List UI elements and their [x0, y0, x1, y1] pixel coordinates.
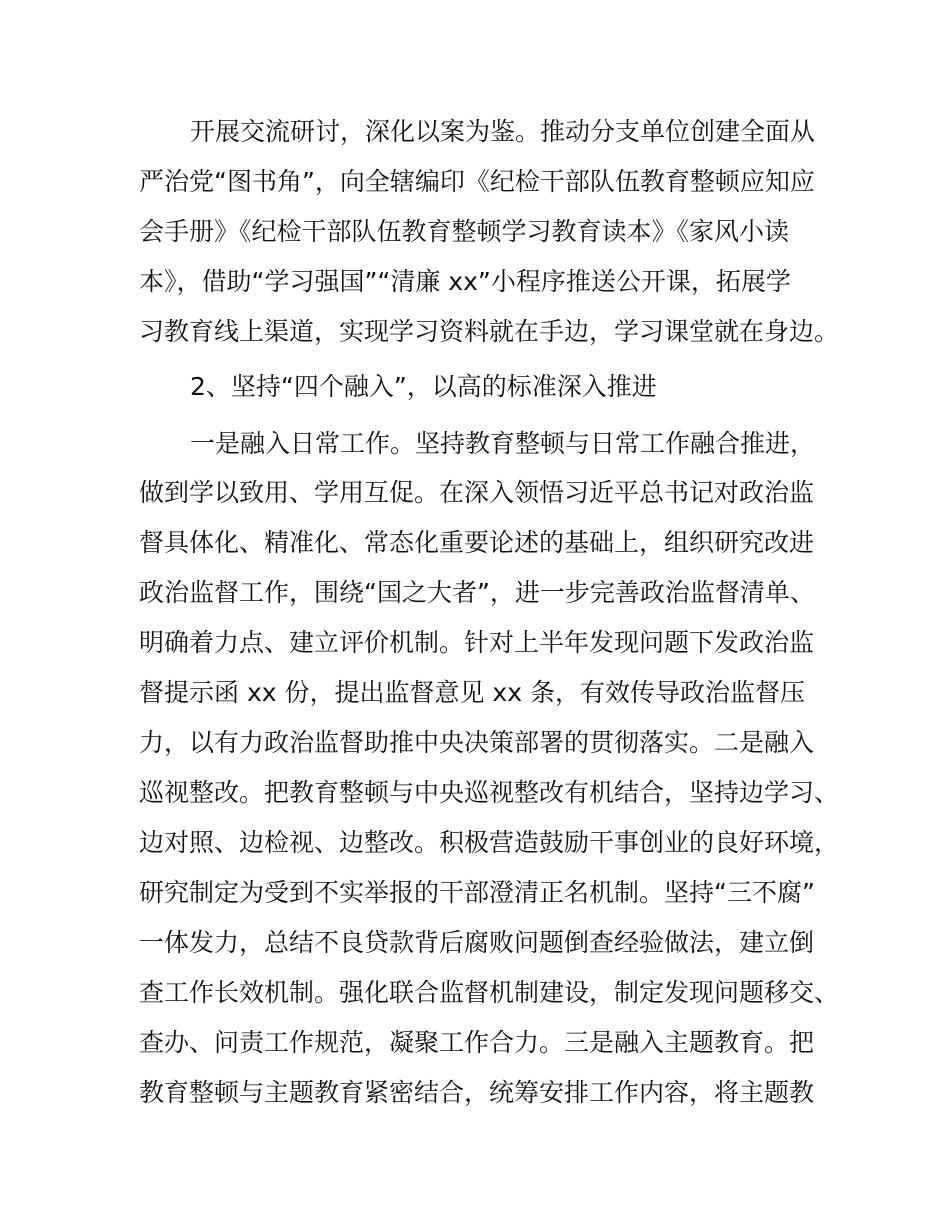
- text-line: 力，以有力政治监督助推中央决策部署的贯彻落实。二是融入: [139, 728, 814, 758]
- text-line: 政治监督工作，围绕“国之大者”，进一步完善政治监督清单、: [139, 578, 815, 608]
- text-line: 习教育线上渠道，实现学习资料就在手边，学习课堂就在身边。: [139, 317, 839, 347]
- text-line: 查工作长效机制。强化联合监督机制建设，制定发现问题移交、: [139, 978, 839, 1008]
- text-line: 教育整顿与主题教育紧密结合，统筹安排工作内容，将主题教: [139, 1078, 814, 1108]
- text-line: 督提示函 xx 份，提出监督意见 xx 条，有效传导政治监督压: [139, 678, 805, 708]
- text-line: 查办、问责工作规范，凝聚工作合力。三是融入主题教育。把: [139, 1028, 814, 1058]
- text-line: 做到学以致用、学用互促。在深入领悟习近平总书记对政治监: [139, 478, 814, 508]
- text-line: 开展交流研讨，深化以案为鉴。推动分支单位创建全面从: [190, 117, 815, 147]
- text-line: 本》，借助“学习强国”“清廉 xx”小程序推送公开课，拓展学: [139, 267, 791, 297]
- text-line: 明确着力点、建立评价机制。针对上半年发现问题下发政治监: [139, 628, 814, 658]
- text-line: 一体发力，总结不良贷款背后腐败问题倒查经验做法，建立倒: [139, 928, 814, 958]
- text-line: 督具体化、精准化、常态化重要论述的基础上，组织研究改进: [139, 528, 814, 558]
- text-line: 边对照、边检视、边整改。积极营造鼓励干事创业的良好环境，: [139, 828, 839, 858]
- heading-text: 2、坚持“四个融入”，以高的标准深入推进: [190, 372, 657, 402]
- text-line: 一是融入日常工作。坚持教育整顿与日常工作融合推进，: [190, 429, 815, 459]
- text-line: 会手册》《纪检干部队伍教育整顿学习教育读本》《家风小读: [139, 217, 789, 247]
- text-line: 研究制定为受到不实举报的干部澄清正名机制。坚持“三不腐”: [139, 878, 815, 908]
- text-line: 严治党“图书角”，向全辖编印《纪检干部队伍教育整顿应知应: [139, 167, 815, 197]
- text-line: 巡视整改。把教育整顿与中央巡视整改有机结合，坚持边学习、: [139, 778, 839, 808]
- document-page: 开展交流研讨，深化以案为鉴。推动分支单位创建全面从 严治党“图书角”，向全辖编印…: [0, 0, 950, 1230]
